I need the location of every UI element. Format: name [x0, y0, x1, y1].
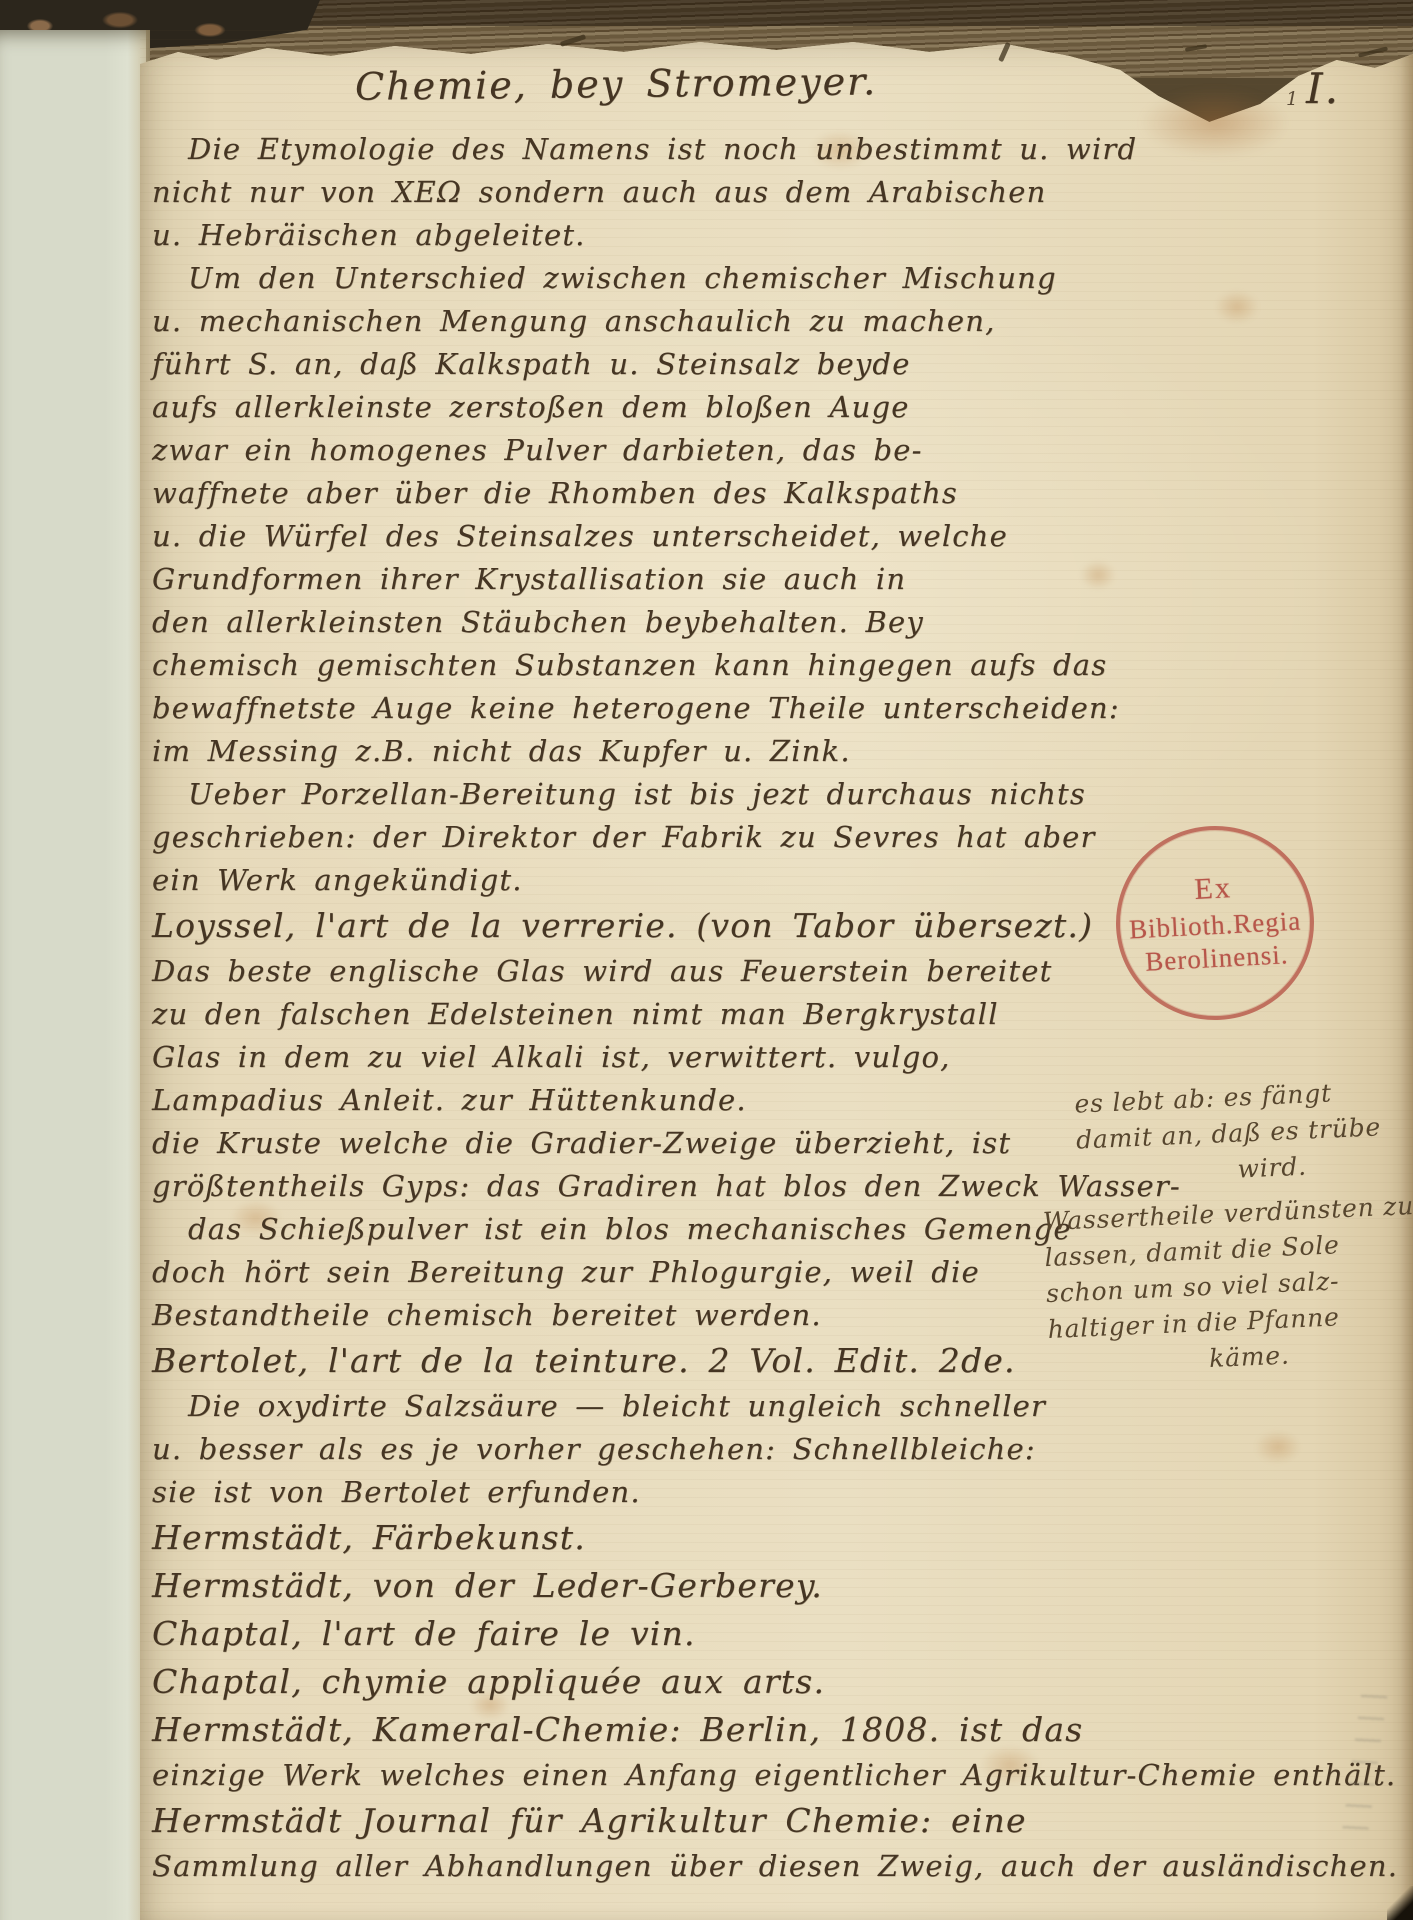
manuscript-line: u. die Würfel des Steinsalzes unterschei…: [152, 515, 1092, 558]
manuscript-line: Hermstädt, Färbekunst.: [152, 1514, 1092, 1562]
manuscript-line: Hermstädt, Kameral-Chemie: Berlin, 1808.…: [152, 1706, 1092, 1754]
manuscript-line: Bestandtheile chemisch bereitet werden.: [152, 1294, 1092, 1337]
manuscript-line: u. Hebräischen abgeleitet.: [152, 214, 1092, 257]
manuscript-line: die Kruste welche die Gradier-Zweige übe…: [152, 1122, 1092, 1165]
manuscript-line: zu den falschen Edelsteinen nimt man Ber…: [152, 993, 1092, 1036]
manuscript-line: aufs allerkleinste zerstoßen dem bloßen …: [152, 386, 1092, 429]
manuscript-line: Grundformen ihrer Krystallisation sie au…: [152, 558, 1092, 601]
margin-note: Wassertheile verdünsten zulassen, damit …: [1042, 1188, 1413, 1384]
stamp-line: Ex: [1194, 871, 1233, 907]
manuscript-line: chemisch gemischten Substanzen kann hing…: [152, 644, 1092, 687]
text-paragraph: Die Etymologie des Namens ist noch unbes…: [152, 128, 1092, 257]
page-title: Chemie, bey Stromeyer.: [355, 59, 878, 108]
manuscript-line: Loyssel, l'art de la verrerie. (von Tabo…: [152, 902, 1092, 950]
manuscript-line: Bertolet, l'art de la teinture. 2 Vol. E…: [152, 1337, 1092, 1385]
text-paragraph: Die oxydirte Salzsäure — bleicht ungleic…: [152, 1385, 1092, 1514]
margin-note: es lebt ab: es fängtdamit an, daß es trü…: [1074, 1073, 1384, 1194]
manuscript-line: Ueber Porzellan-Bereitung ist bis jezt d…: [152, 773, 1092, 816]
book-entry: Loyssel, l'art de la verrerie. (von Tabo…: [152, 902, 1092, 950]
manuscript-line: führt S. an, daß Kalkspath u. Steinsalz …: [152, 343, 1092, 386]
book-entry: Hermstädt, von der Leder-Gerberey.: [152, 1562, 1092, 1610]
book-entry: Bertolet, l'art de la teinture. 2 Vol. E…: [152, 1337, 1092, 1385]
facing-flyleaf-page: [0, 30, 150, 1920]
manuscript-line: doch hört sein Bereitung zur Phlogurgie,…: [152, 1251, 1092, 1294]
top-edge-stain: [1140, 88, 1290, 158]
text-paragraph: Das beste englische Glas wird aus Feuers…: [152, 950, 1092, 1122]
manuscript-line: waffnete aber über die Rhomben des Kalks…: [152, 472, 1092, 515]
manuscript-scan: Chemie, bey Stromeyer. 1 I. Die Etymolog…: [0, 0, 1413, 1920]
manuscript-line: Hermstädt, von der Leder-Gerberey.: [152, 1562, 1092, 1610]
manuscript-line: im Messing z.B. nicht das Kupfer u. Zink…: [152, 730, 1092, 773]
manuscript-line: das Schießpulver ist ein blos mechanisch…: [152, 1208, 1092, 1251]
manuscript-line: Chaptal, l'art de faire le vin.: [152, 1610, 1092, 1658]
page-number: I.: [1306, 64, 1340, 113]
manuscript-line: zwar ein homogenes Pulver darbieten, das…: [152, 429, 1092, 472]
manuscript-line: größtentheils Gyps: das Gradiren hat blo…: [152, 1165, 1092, 1208]
manuscript-line: Chaptal, chymie appliquée aux arts.: [152, 1658, 1092, 1706]
text-paragraph: die Kruste welche die Gradier-Zweige übe…: [152, 1122, 1092, 1208]
manuscript-line: Glas in dem zu viel Alkali ist, verwitte…: [152, 1036, 1092, 1079]
manuscript-line: Die oxydirte Salzsäure — bleicht ungleic…: [152, 1385, 1092, 1428]
text-paragraph: einzige Werk welches einen Anfang eigent…: [152, 1754, 1092, 1797]
manuscript-line: u. mechanischen Mengung anschaulich zu m…: [152, 300, 1092, 343]
dark-corner: [1387, 1886, 1413, 1920]
book-entry: Chaptal, chymie appliquée aux arts.: [152, 1658, 1092, 1706]
manuscript-line: einzige Werk welches einen Anfang eigent…: [152, 1754, 1092, 1797]
book-entry: Hermstädt, Kameral-Chemie: Berlin, 1808.…: [152, 1706, 1092, 1754]
manuscript-line: Die Etymologie des Namens ist noch unbes…: [152, 128, 1092, 171]
manuscript-line: Das beste englische Glas wird aus Feuers…: [152, 950, 1092, 993]
book-entry: Hermstädt, Färbekunst.: [152, 1514, 1092, 1562]
text-paragraph: Ueber Porzellan-Bereitung ist bis jezt d…: [152, 773, 1092, 902]
manuscript-line: bewaffnetste Auge keine heterogene Theil…: [152, 687, 1092, 730]
manuscript-line: nicht nur von ΧΕΩ sondern auch aus dem A…: [152, 171, 1092, 214]
manuscript-line: Hermstädt Journal für Agrikultur Chemie:…: [152, 1797, 1092, 1845]
manuscript-line: sie ist von Bertolet erfunden.: [152, 1471, 1092, 1514]
manuscript-line: geschrieben: der Direktor der Fabrik zu …: [152, 816, 1092, 859]
text-paragraph: das Schießpulver ist ein blos mechanisch…: [152, 1208, 1092, 1337]
book-entry: Chaptal, l'art de faire le vin.: [152, 1610, 1092, 1658]
manuscript-line: den allerkleinsten Stäubchen beybehalten…: [152, 601, 1092, 644]
manuscript-line: Sammlung aller Abhandlungen über diesen …: [152, 1845, 1092, 1888]
stamp-line: Berolinensi.: [1145, 939, 1290, 977]
folio-mark: 1: [1286, 88, 1298, 110]
text-paragraph: Um den Unterschied zwischen chemischer M…: [152, 257, 1092, 773]
manuscript-line: ein Werk angekündigt.: [152, 859, 1092, 902]
manuscript-line: Lampadius Anleit. zur Hüttenkunde.: [152, 1079, 1092, 1122]
text-paragraph: Sammlung aller Abhandlungen über diesen …: [152, 1845, 1092, 1888]
manuscript-line: u. besser als es je vorher geschehen: Sc…: [152, 1428, 1092, 1471]
manuscript-line: Um den Unterschied zwischen chemischer M…: [152, 257, 1092, 300]
book-entry: Hermstädt Journal für Agrikultur Chemie:…: [152, 1797, 1092, 1845]
manuscript-body: Die Etymologie des Namens ist noch unbes…: [152, 128, 1092, 1888]
